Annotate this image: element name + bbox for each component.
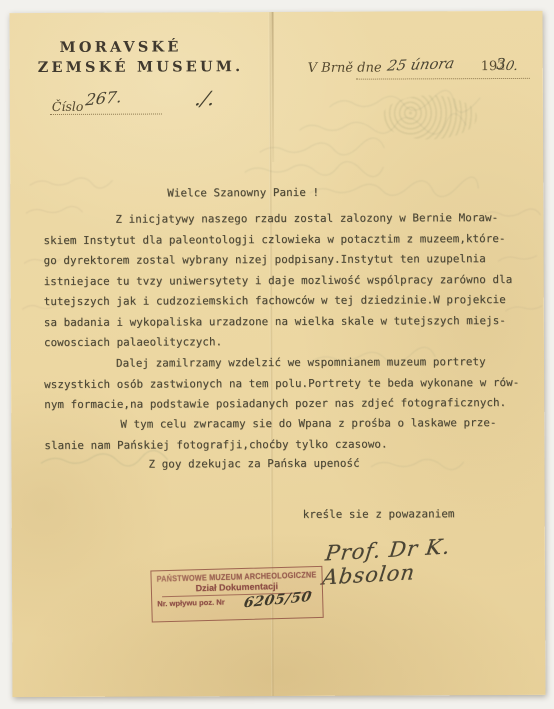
letterhead-org-line1: MORAVSKÉ — [60, 38, 182, 56]
stamp-entry-number: 6205/50 — [243, 589, 313, 612]
fold-crease-top — [272, 12, 275, 162]
number-label: Číslo — [52, 99, 84, 114]
typewritten-line: W tym celu zwracamy sie do Wpana z prośb… — [44, 413, 524, 436]
letterhead-org-line2: ZEMSKÉ MUSEUM. — [38, 58, 244, 76]
typewritten-line: cowosciach palaeolityczych. — [44, 331, 524, 354]
typewritten-line: tutejszych jak i cudzoziemskich fachowcó… — [44, 290, 524, 313]
typewritten-line: Z goy dzekujac za Pańska upeność — [44, 453, 524, 476]
typewritten-line: sa badania i wykopaliska urzadzone na wi… — [44, 310, 524, 333]
closing-line: kreśle sie z powazaniem — [303, 504, 455, 525]
handwritten-number: 267. — [84, 87, 122, 109]
paragraph-4: Z goy dzekujac za Pańska upeność — [44, 453, 524, 476]
archive-stamp: PAŃSTWOWE MUZEUM ARCHEOLOGICZNE Dział Do… — [150, 566, 323, 623]
paragraph-3: W tym celu zwracamy sie do Wpana z prośb… — [44, 413, 524, 456]
typewritten-line: istniejace tu tvzy uniwersytety i daje m… — [44, 269, 524, 292]
typewritten-line: go dyrektorem zostal wybrany nizej podpi… — [44, 249, 524, 272]
paragraph-2: Dalej zamilrzamy wzdelzić we wspomnianem… — [44, 352, 524, 416]
paragraph-1: Z inicjatywy naszego rzadu zostal zalozo… — [43, 208, 524, 354]
handwritten-date: 25 února — [386, 56, 456, 75]
typewritten-line: wszystkich osób zastwionych na tem polu.… — [44, 372, 524, 395]
year-value: 19230. — [481, 59, 518, 74]
letter-paper: MORAVSKÉ ZEMSKÉ MUSEUM. V Brně dne 25 ún… — [10, 11, 546, 697]
number-dotted-line — [50, 114, 162, 115]
typewritten-line: Dalej zamilrzamy wzdelzić we wspomnianem… — [44, 352, 524, 375]
salutation: Wielce Szanowny Panie ! — [43, 183, 319, 205]
typewritten-line: nym formacie,na podstawie posiadanych po… — [44, 393, 524, 416]
place-date-label: V Brně dne — [308, 61, 382, 76]
signature: Prof. Dr K. Absolon — [321, 529, 548, 589]
typewritten-line: Z inicjatywy naszego rzadu zostal zalozo… — [43, 208, 523, 231]
typewritten-line: skiem Instytut dla paleontologji czlowie… — [43, 228, 523, 251]
reference-mark: ./. — [192, 86, 218, 110]
date-dotted-line — [356, 78, 530, 80]
year-suffix: 0. — [504, 59, 520, 74]
ink-smudge — [382, 95, 477, 139]
year-printed-prefix: 19 — [481, 59, 498, 74]
